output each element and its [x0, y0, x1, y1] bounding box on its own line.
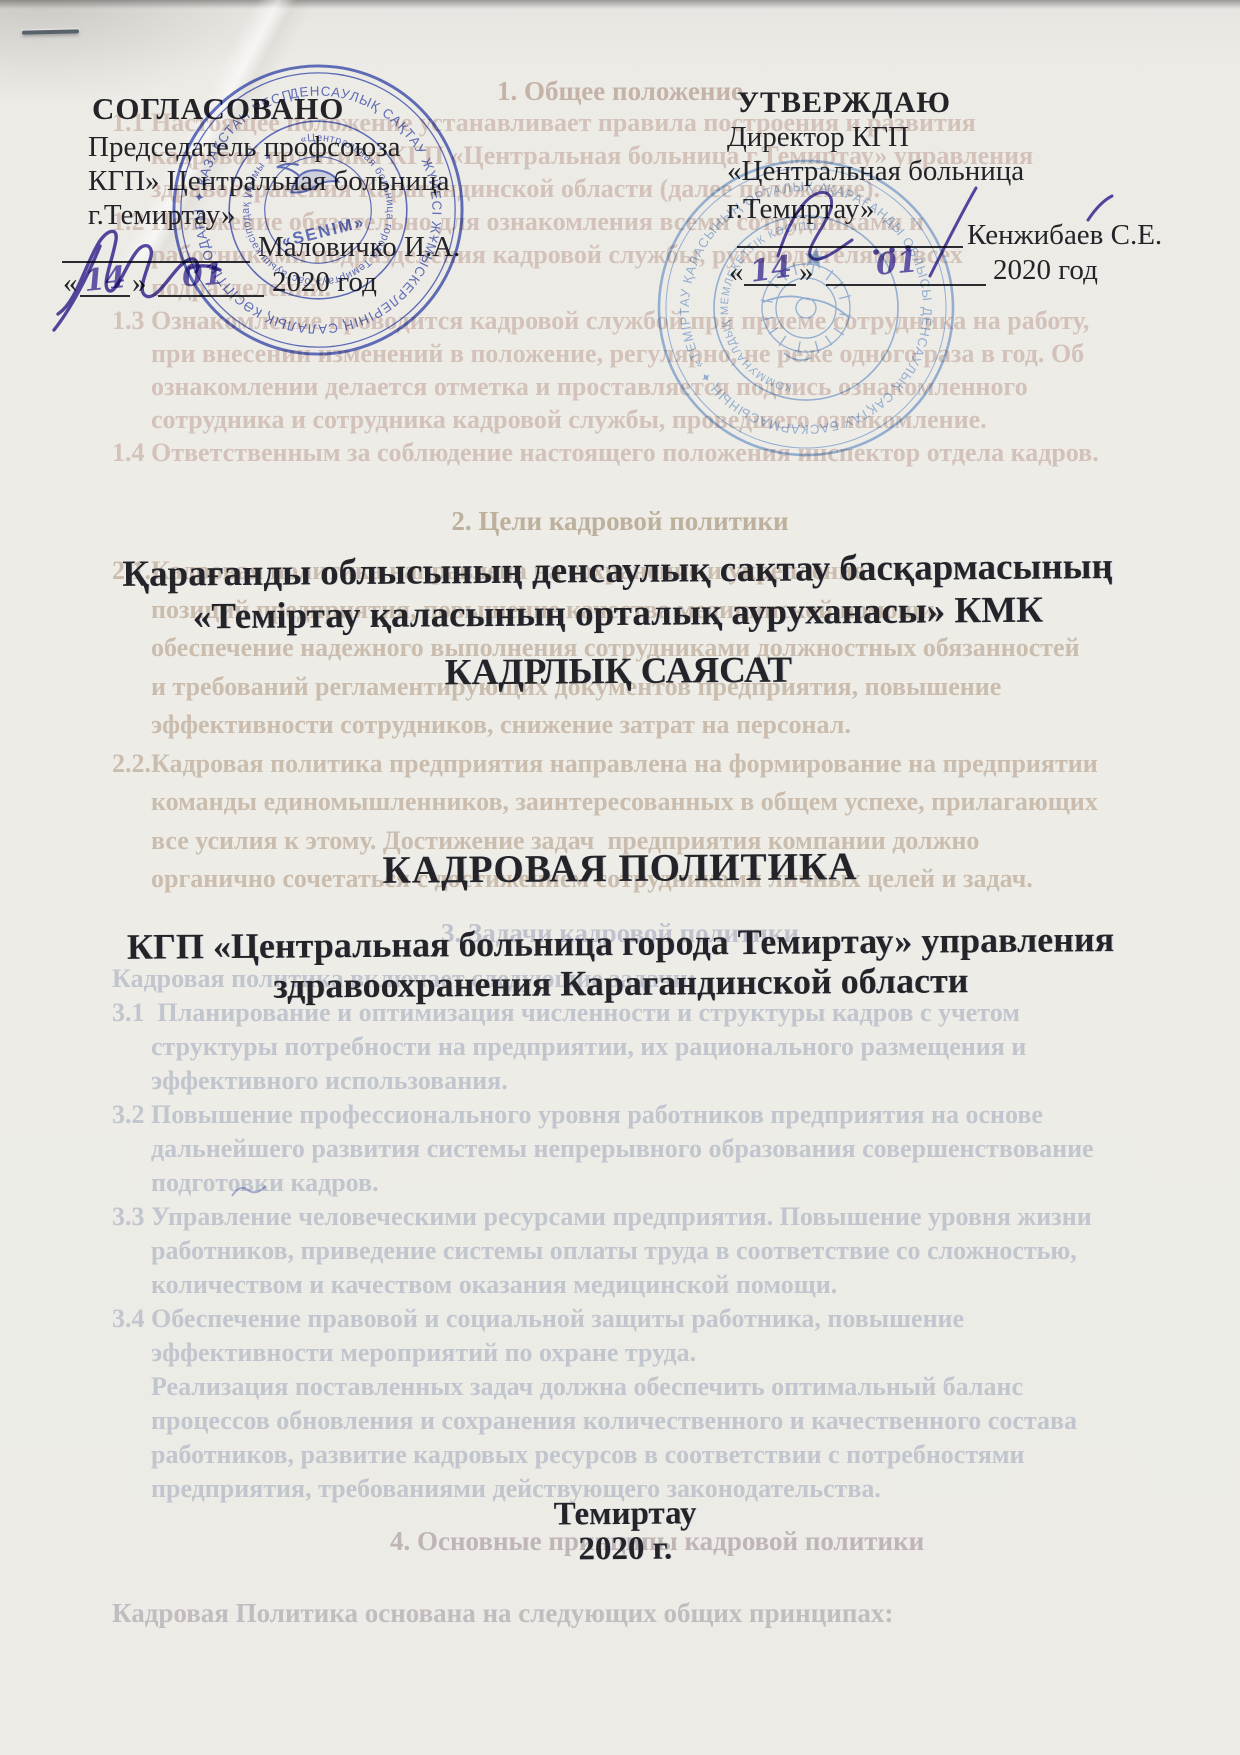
stray-pen-mark: [228, 1178, 274, 1204]
scanned-document-page: 1. Общее положение 1.1 Настоящее положен…: [0, 0, 1240, 1755]
approved-signature: [740, 160, 1140, 300]
agreed-signature: [40, 206, 300, 336]
title-ru-policy: КАДРОВАЯ ПОЛИТИКА: [0, 841, 1240, 896]
title-kk-policy: КАДРЛЫҚ САЯСАТ: [0, 645, 1239, 698]
dove-icon: [277, 153, 339, 197]
org-ru-line2: здравоохранения Карагандинской области: [1, 957, 1240, 1009]
title-kk-line2: «Теміртау қаласының орталық ауруханасы» …: [0, 587, 1238, 640]
